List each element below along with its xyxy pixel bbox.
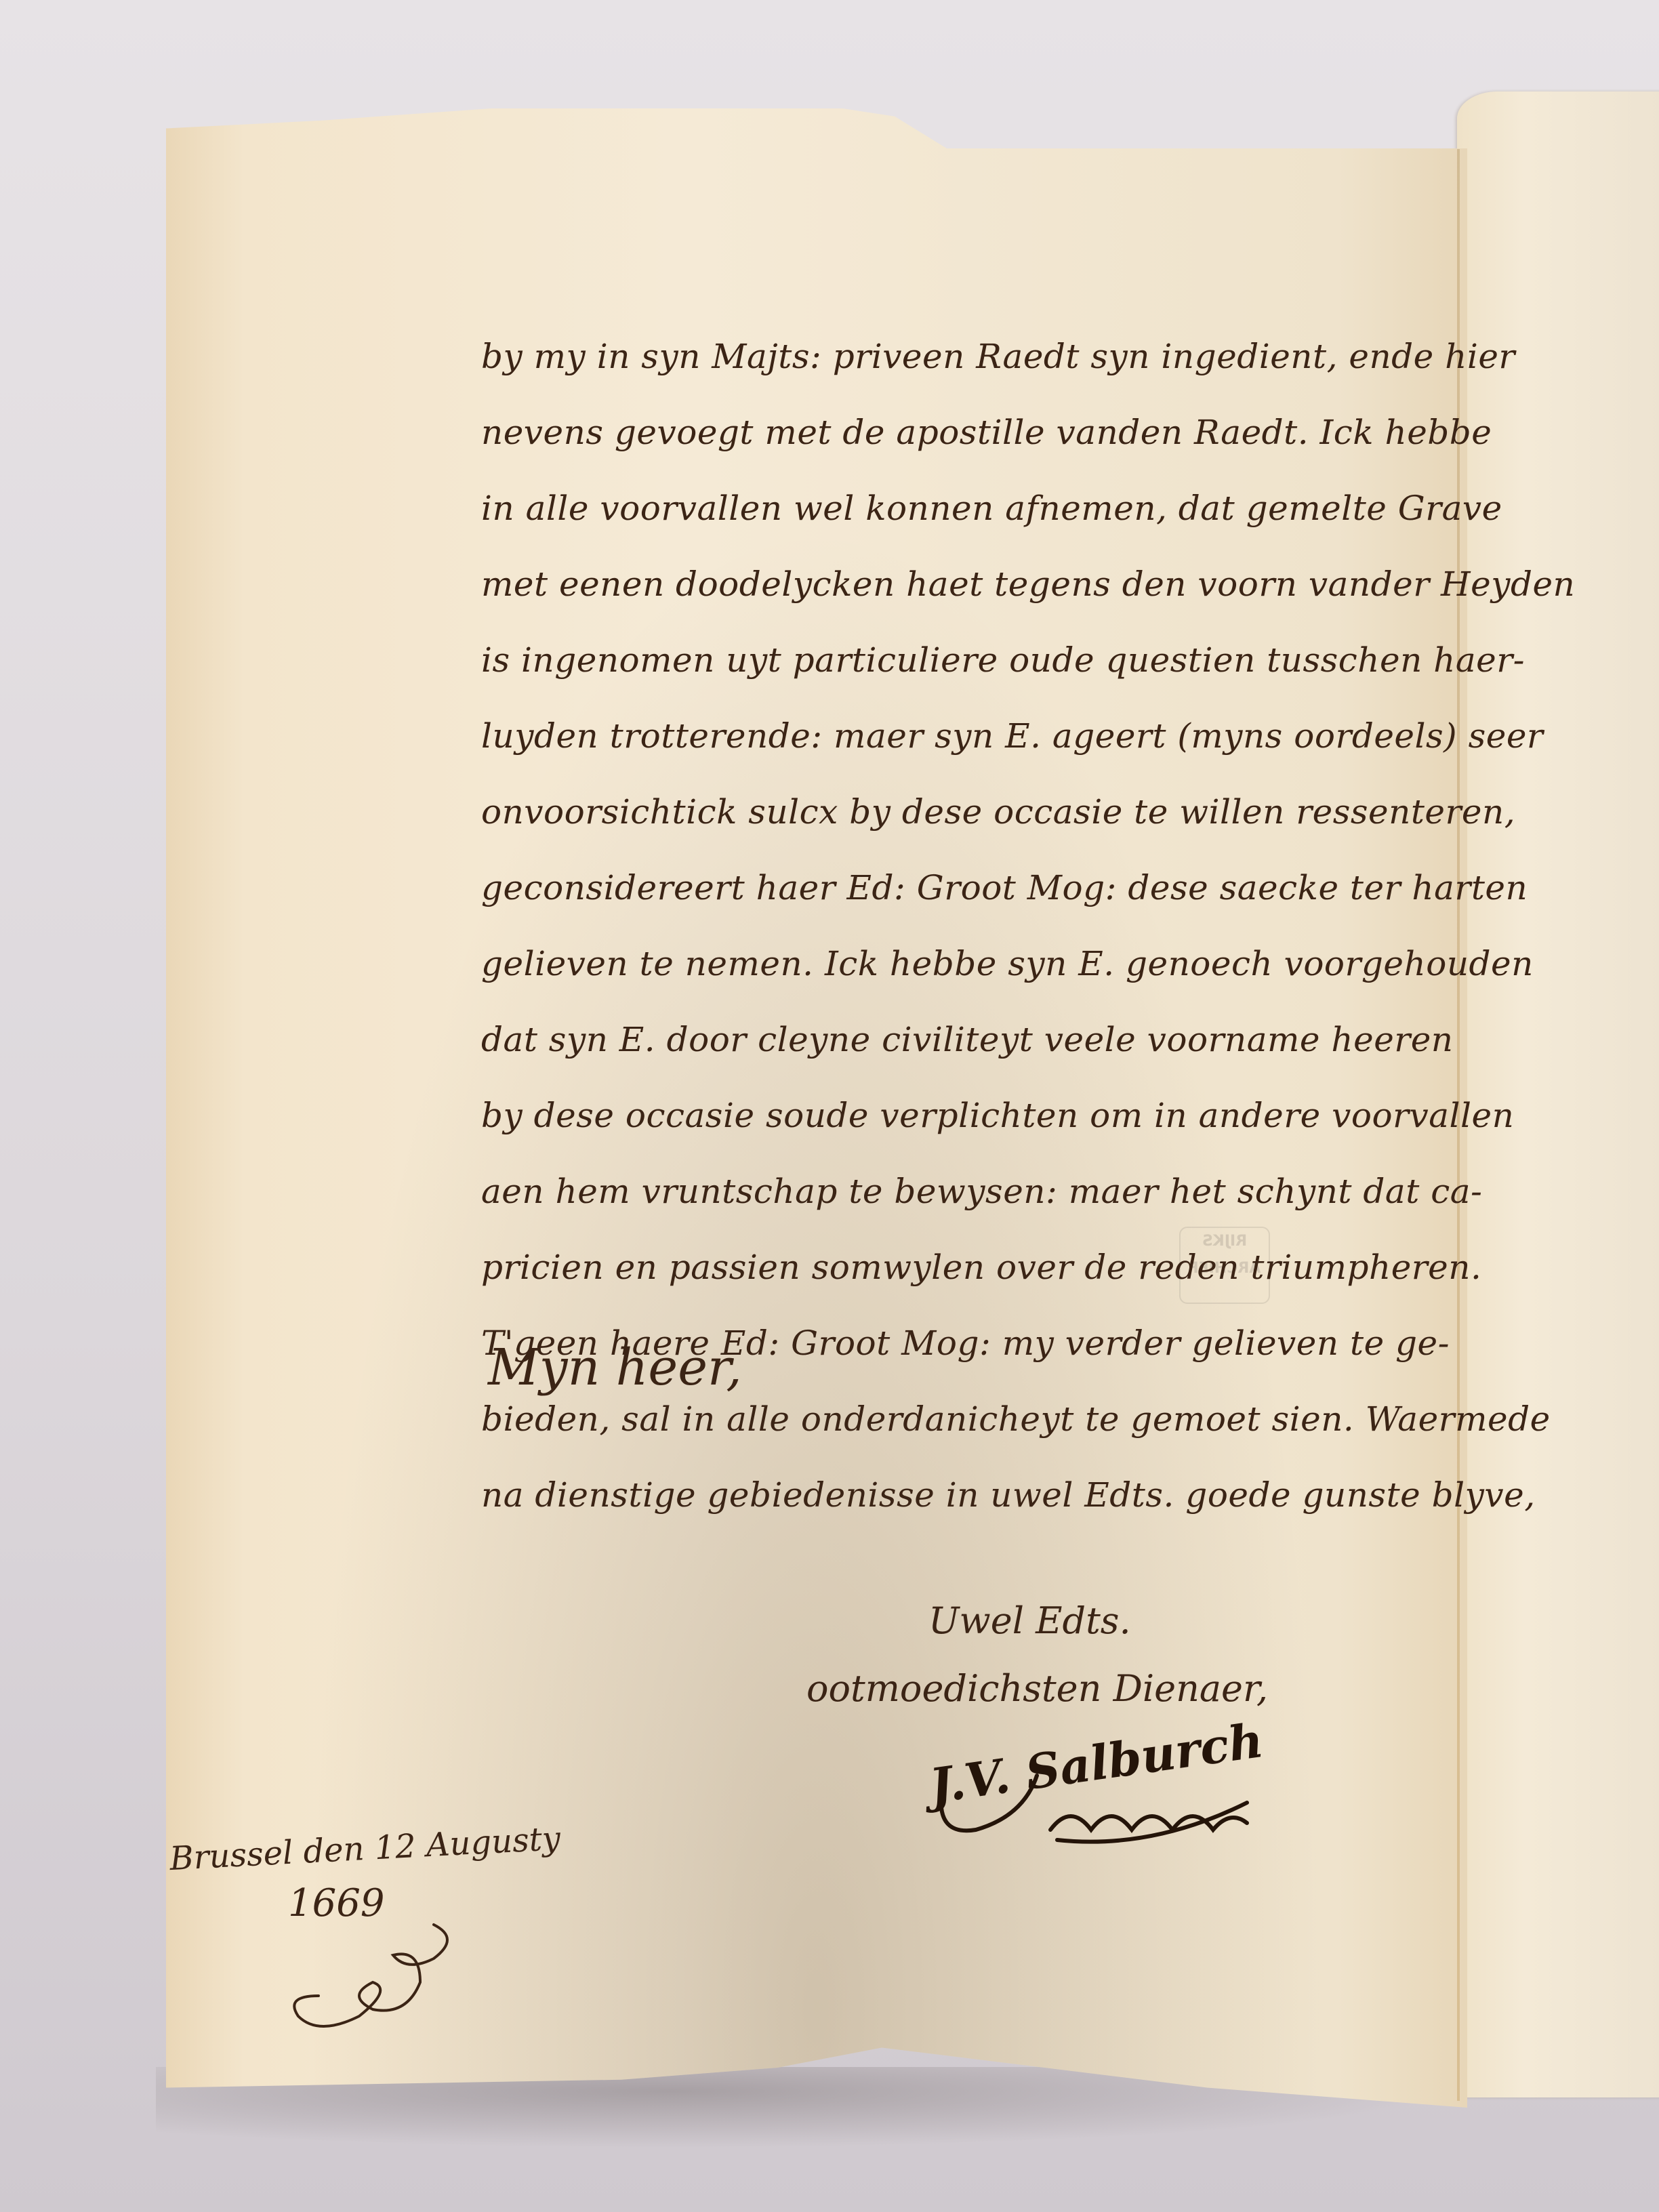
body-line: by my in syn Majts: priveen Raedt syn in… <box>481 319 1430 394</box>
body-line: pricien en passien somwylen over de rede… <box>481 1229 1430 1305</box>
body-line: na dienstige gebiedenisse in uwel Edts. … <box>481 1457 1430 1533</box>
body-line: gelieven te nemen. Ick hebbe syn E. geno… <box>481 926 1430 1002</box>
salutation: Myn heer, <box>488 1338 742 1397</box>
place-and-date: Brussel den 12 Augusty 1669 <box>169 1830 560 1925</box>
body-line: nevens gevoegt met de apostille vanden R… <box>481 394 1430 470</box>
body-line: in alle voorvallen wel konnen afnemen, d… <box>481 470 1430 546</box>
body-line: onvoorsichtick sulcx by dese occasie te … <box>481 774 1430 850</box>
body-line: by dese occasie soude verplichten om in … <box>481 1078 1430 1153</box>
body-line: met eenen doodelycken haet tegens den vo… <box>481 546 1430 622</box>
body-line: luyden trotterende: maer syn E. ageert (… <box>481 698 1430 774</box>
closing-line-1: Uwel Edts. <box>928 1599 1322 1667</box>
signature-flourish-icon <box>928 1748 1294 1850</box>
date-flourish-icon <box>264 1918 468 2053</box>
folded-back-page <box>1457 91 1659 2097</box>
body-line: is ingenomen uyt particuliere oude quest… <box>481 622 1430 698</box>
body-line: geconsidereert haer Ed: Groot Mog: dese … <box>481 850 1430 926</box>
body-line: dat syn E. door cleyne civiliteyt veele … <box>481 1002 1430 1078</box>
body-line: aen hem vruntschap te bewysen: maer het … <box>481 1153 1430 1229</box>
